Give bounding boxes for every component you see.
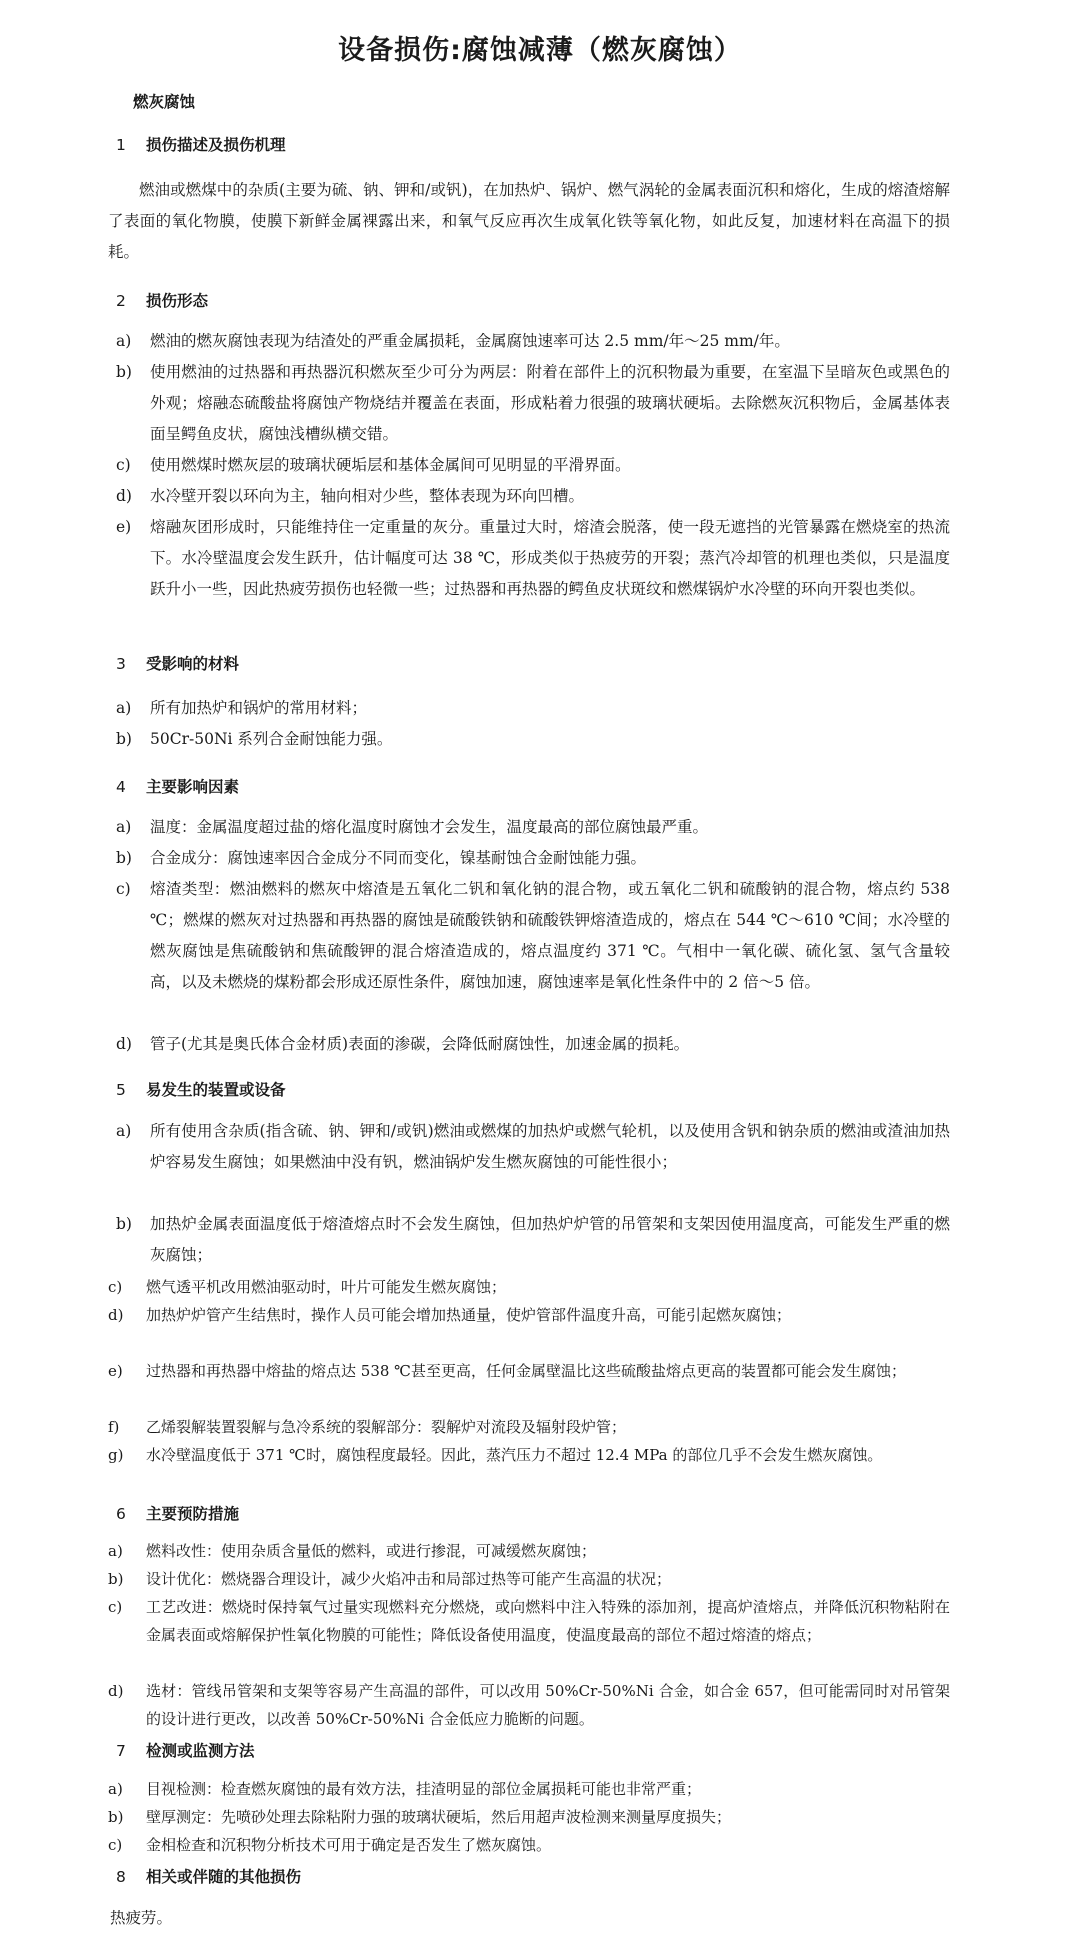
section-title: 相关或伴随的其他损伤 xyxy=(146,1868,301,1886)
list-text: 工艺改进：燃烧时保持氧气过量实现燃料充分燃烧，或向燃料中注入特殊的添加剂，提高炉… xyxy=(146,1593,950,1649)
list-text: 过热器和再热器中熔盐的熔点达 538 ℃甚至更高，任何金属壁温比这些硫酸盐熔点更… xyxy=(146,1357,950,1385)
list-item: a)目视检测：检查燃灰腐蚀的最有效方法，挂渣明显的部位金属损耗可能也非常严重； xyxy=(108,1775,950,1803)
section-title: 主要预防措施 xyxy=(146,1505,239,1523)
list-item: a)所有使用含杂质(指含硫、钠、钾和/或钒)燃油或燃煤的加热炉或燃气轮机，以及使… xyxy=(108,1116,950,1178)
section-5-heading: 5易发生的装置或设备 xyxy=(116,1078,286,1100)
list-text: 熔渣类型：燃油燃料的燃灰中熔渣是五氧化二钒和氧化钠的混合物，或五氧化二钒和硫酸钠… xyxy=(150,874,950,998)
list-label: g) xyxy=(108,1441,123,1469)
list-text: 使用燃煤时燃灰层的玻璃状硬垢层和基体金属间可见明显的平滑界面。 xyxy=(150,450,950,481)
list-text: 熔融灰团形成时，只能维持住一定重量的灰分。重量过大时，熔渣会脱落，使一段无遮挡的… xyxy=(150,512,950,605)
section-number: 5 xyxy=(116,1081,146,1099)
list-label: e) xyxy=(108,1357,123,1385)
list-item: c)燃气透平机改用燃油驱动时，叶片可能发生燃灰腐蚀； xyxy=(108,1273,950,1301)
list-text: 温度：金属温度超过盐的熔化温度时腐蚀才会发生，温度最高的部位腐蚀最严重。 xyxy=(150,812,950,843)
list-text: 选材：管线吊管架和支架等容易产生高温的部件，可以改用 50%Cr-50%Ni 合… xyxy=(146,1677,950,1733)
list-item: c)金相检查和沉积物分析技术可用于确定是否发生了燃灰腐蚀。 xyxy=(108,1831,950,1859)
list-label: c) xyxy=(108,1593,122,1621)
list-text: 加热炉炉管产生结焦时，操作人员可能会增加热通量，使炉管部件温度升高，可能引起燃灰… xyxy=(146,1301,950,1329)
section-number: 3 xyxy=(116,655,146,673)
list-label: b) xyxy=(116,357,132,388)
list-label: c) xyxy=(116,450,131,481)
list-item: a)温度：金属温度超过盐的熔化温度时腐蚀才会发生，温度最高的部位腐蚀最严重。 xyxy=(108,812,950,843)
list-item: e)过热器和再热器中熔盐的熔点达 538 ℃甚至更高，任何金属壁温比这些硫酸盐熔… xyxy=(108,1357,950,1385)
list-label: a) xyxy=(108,1537,123,1565)
list-label: f) xyxy=(108,1413,119,1441)
list-text: 水冷壁开裂以环向为主，轴向相对少些，整体表现为环向凹槽。 xyxy=(150,481,950,512)
section-number: 7 xyxy=(116,1742,146,1760)
list-item: b)设计优化：燃烧器合理设计，减少火焰冲击和局部过热等可能产生高温的状况； xyxy=(108,1565,950,1593)
section-number: 2 xyxy=(116,292,146,310)
list-label: a) xyxy=(116,812,131,843)
list-text: 目视检测：检查燃灰腐蚀的最有效方法，挂渣明显的部位金属损耗可能也非常严重； xyxy=(146,1775,950,1803)
list-item: d)加热炉炉管产生结焦时，操作人员可能会增加热通量，使炉管部件温度升高，可能引起… xyxy=(108,1301,950,1329)
list-item: c)使用燃煤时燃灰层的玻璃状硬垢层和基体金属间可见明显的平滑界面。 xyxy=(108,450,950,481)
section-8-heading: 8相关或伴随的其他损伤 xyxy=(116,1865,301,1887)
list-item: c)工艺改进：燃烧时保持氧气过量实现燃料充分燃烧，或向燃料中注入特殊的添加剂，提… xyxy=(108,1593,950,1649)
section-3-heading: 3受影响的材料 xyxy=(116,652,239,674)
section-number: 1 xyxy=(116,136,146,154)
list-text: 水冷壁温度低于 371 ℃时，腐蚀程度最轻。因此，蒸汽压力不超过 12.4 MP… xyxy=(146,1441,950,1469)
list-label: b) xyxy=(116,724,132,755)
list-item: d)水冷壁开裂以环向为主，轴向相对少些，整体表现为环向凹槽。 xyxy=(108,481,950,512)
list-label: c) xyxy=(108,1831,122,1859)
list-item: b)合金成分：腐蚀速率因合金成分不同而变化，镍基耐蚀合金耐蚀能力强。 xyxy=(108,843,950,874)
section-title: 主要影响因素 xyxy=(146,778,239,796)
list-text: 燃油的燃灰腐蚀表现为结渣处的严重金属损耗，金属腐蚀速率可达 2.5 mm/年～2… xyxy=(150,326,950,357)
section-1-paragraph: 燃油或燃煤中的杂质(主要为硫、钠、钾和/或钒)，在加热炉、锅炉、燃气涡轮的金属表… xyxy=(108,175,950,268)
list-item: e)熔融灰团形成时，只能维持住一定重量的灰分。重量过大时，熔渣会脱落，使一段无遮… xyxy=(108,512,950,605)
section-number: 4 xyxy=(116,778,146,796)
list-item: b)50Cr-50Ni 系列合金耐蚀能力强。 xyxy=(108,724,950,755)
section-title: 损伤形态 xyxy=(146,292,208,310)
section-title: 受影响的材料 xyxy=(146,655,239,673)
list-text: 合金成分：腐蚀速率因合金成分不同而变化，镍基耐蚀合金耐蚀能力强。 xyxy=(150,843,950,874)
section-number: 6 xyxy=(116,1505,146,1523)
list-label: d) xyxy=(108,1677,123,1705)
list-text: 50Cr-50Ni 系列合金耐蚀能力强。 xyxy=(150,724,950,755)
section-title: 损伤描述及损伤机理 xyxy=(146,136,286,154)
document-subtitle: 燃灰腐蚀 xyxy=(133,90,195,112)
list-text: 所有使用含杂质(指含硫、钠、钾和/或钒)燃油或燃煤的加热炉或燃气轮机，以及使用含… xyxy=(150,1116,950,1178)
list-label: a) xyxy=(116,326,131,357)
list-label: c) xyxy=(108,1273,122,1301)
list-text: 设计优化：燃烧器合理设计，减少火焰冲击和局部过热等可能产生高温的状况； xyxy=(146,1565,950,1593)
section-7-heading: 7检测或监测方法 xyxy=(116,1739,255,1761)
section-6-heading: 6主要预防措施 xyxy=(116,1502,239,1524)
list-item: f)乙烯裂解装置裂解与急冷系统的裂解部分：裂解炉对流段及辐射段炉管； xyxy=(108,1413,950,1441)
section-number: 8 xyxy=(116,1868,146,1886)
section-8-text: 热疲劳。 xyxy=(110,1906,172,1928)
list-item: d)选材：管线吊管架和支架等容易产生高温的部件，可以改用 50%Cr-50%Ni… xyxy=(108,1677,950,1733)
list-item: b)壁厚测定：先喷砂处理去除粘附力强的玻璃状硬垢，然后用超声波检测来测量厚度损失… xyxy=(108,1803,950,1831)
list-label: d) xyxy=(116,1029,132,1060)
list-label: b) xyxy=(116,1209,132,1240)
page-title: 设备损伤:腐蚀减薄（燃灰腐蚀） xyxy=(0,28,1080,67)
section-1-heading: 1损伤描述及损伤机理 xyxy=(116,133,286,155)
list-item: b)加热炉金属表面温度低于熔渣熔点时不会发生腐蚀，但加热炉炉管的吊管架和支架因使… xyxy=(108,1209,950,1271)
section-title: 检测或监测方法 xyxy=(146,1742,255,1760)
section-title: 易发生的装置或设备 xyxy=(146,1081,286,1099)
list-label: b) xyxy=(116,843,132,874)
list-label: e) xyxy=(116,512,131,543)
list-item: a)所有加热炉和锅炉的常用材料； xyxy=(108,693,950,724)
list-text: 所有加热炉和锅炉的常用材料； xyxy=(150,693,950,724)
list-text: 管子(尤其是奥氏体合金材质)表面的渗碳，会降低耐腐蚀性，加速金属的损耗。 xyxy=(150,1029,950,1060)
list-item: b)使用燃油的过热器和再热器沉积燃灰至少可分为两层：附着在部件上的沉积物最为重要… xyxy=(108,357,950,450)
list-text: 壁厚测定：先喷砂处理去除粘附力强的玻璃状硬垢，然后用超声波检测来测量厚度损失； xyxy=(146,1803,950,1831)
list-item: d)管子(尤其是奥氏体合金材质)表面的渗碳，会降低耐腐蚀性，加速金属的损耗。 xyxy=(108,1029,950,1060)
list-label: b) xyxy=(108,1803,123,1831)
list-text: 乙烯裂解装置裂解与急冷系统的裂解部分：裂解炉对流段及辐射段炉管； xyxy=(146,1413,950,1441)
list-text: 加热炉金属表面温度低于熔渣熔点时不会发生腐蚀，但加热炉炉管的吊管架和支架因使用温… xyxy=(150,1209,950,1271)
list-label: c) xyxy=(116,874,131,905)
list-label: b) xyxy=(108,1565,123,1593)
list-item: c)熔渣类型：燃油燃料的燃灰中熔渣是五氧化二钒和氧化钠的混合物，或五氧化二钒和硫… xyxy=(108,874,950,998)
list-label: d) xyxy=(108,1301,123,1329)
list-item: a)燃料改性：使用杂质含量低的燃料，或进行掺混，可减缓燃灰腐蚀； xyxy=(108,1537,950,1565)
list-text: 燃料改性：使用杂质含量低的燃料，或进行掺混，可减缓燃灰腐蚀； xyxy=(146,1537,950,1565)
section-2-heading: 2损伤形态 xyxy=(116,289,208,311)
list-text: 金相检查和沉积物分析技术可用于确定是否发生了燃灰腐蚀。 xyxy=(146,1831,950,1859)
list-label: d) xyxy=(116,481,132,512)
list-label: a) xyxy=(116,693,131,724)
list-item: g)水冷壁温度低于 371 ℃时，腐蚀程度最轻。因此，蒸汽压力不超过 12.4 … xyxy=(108,1441,950,1469)
list-label: a) xyxy=(116,1116,131,1147)
section-4-heading: 4主要影响因素 xyxy=(116,775,239,797)
list-item: a)燃油的燃灰腐蚀表现为结渣处的严重金属损耗，金属腐蚀速率可达 2.5 mm/年… xyxy=(108,326,950,357)
list-label: a) xyxy=(108,1775,123,1803)
list-text: 使用燃油的过热器和再热器沉积燃灰至少可分为两层：附着在部件上的沉积物最为重要，在… xyxy=(150,357,950,450)
list-text: 燃气透平机改用燃油驱动时，叶片可能发生燃灰腐蚀； xyxy=(146,1273,950,1301)
